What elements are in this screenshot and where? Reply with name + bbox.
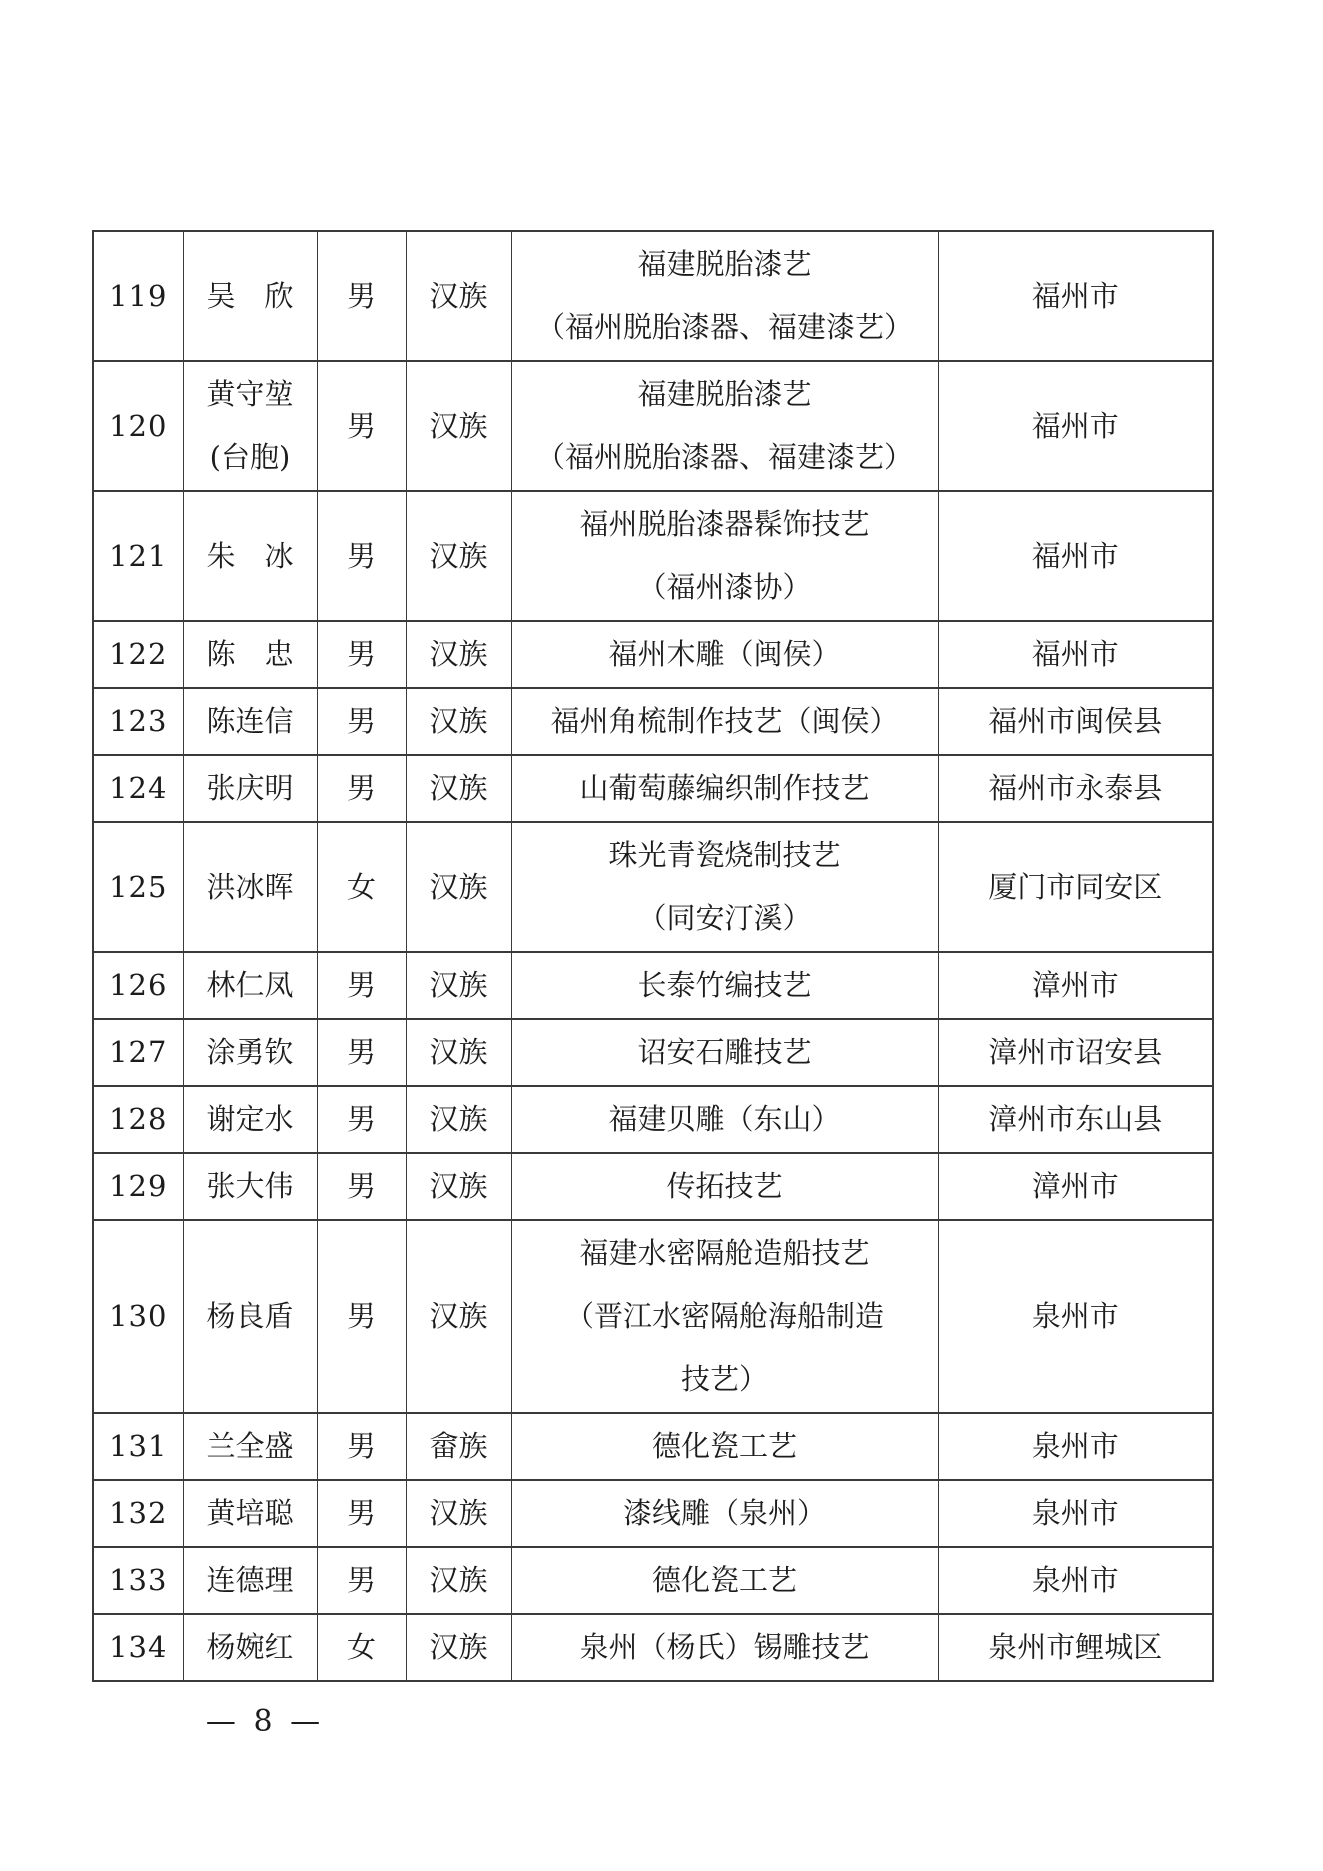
cell-region: 福州市 — [938, 491, 1213, 621]
table-row: 122 陈 忠 男 汉族 福州木雕（闽侯） 福州市 — [93, 621, 1213, 688]
cell-gender: 男 — [317, 1480, 406, 1547]
cell-person-name: 黄守堃 (台胞) — [183, 361, 317, 491]
cell-project-name: 德化瓷工艺 — [511, 1413, 938, 1480]
roster-table-body: 119 吴 欣 男 汉族 福建脱胎漆艺 （福州脱胎漆器、福建漆艺） 福州市 12… — [93, 231, 1213, 1681]
cell-ethnicity: 汉族 — [406, 952, 511, 1019]
cell-person-name: 吴 欣 — [183, 231, 317, 361]
cell-gender: 男 — [317, 1086, 406, 1153]
cell-ethnicity: 汉族 — [406, 621, 511, 688]
cell-ethnicity: 汉族 — [406, 1614, 511, 1681]
cell-ethnicity: 汉族 — [406, 755, 511, 822]
cell-ethnicity: 汉族 — [406, 1547, 511, 1614]
cell-person-name: 连德理 — [183, 1547, 317, 1614]
table-row: 125 洪冰晖 女 汉族 珠光青瓷烧制技艺 （同安汀溪） 厦门市同安区 — [93, 822, 1213, 952]
cell-serial-number: 122 — [93, 621, 183, 688]
table-row: 128 谢定水 男 汉族 福建贝雕（东山） 漳州市东山县 — [93, 1086, 1213, 1153]
cell-serial-number: 128 — [93, 1086, 183, 1153]
cell-project-name: 德化瓷工艺 — [511, 1547, 938, 1614]
table-row: 121 朱 冰 男 汉族 福州脱胎漆器髹饰技艺 （福州漆协） 福州市 — [93, 491, 1213, 621]
cell-person-name: 陈 忠 — [183, 621, 317, 688]
cell-project-name: 诏安石雕技艺 — [511, 1019, 938, 1086]
cell-gender: 男 — [317, 491, 406, 621]
cell-ethnicity: 汉族 — [406, 1019, 511, 1086]
cell-serial-number: 121 — [93, 491, 183, 621]
cell-serial-number: 134 — [93, 1614, 183, 1681]
cell-project-name: 长泰竹编技艺 — [511, 952, 938, 1019]
cell-ethnicity: 汉族 — [406, 688, 511, 755]
cell-project-name: 福建脱胎漆艺 （福州脱胎漆器、福建漆艺） — [511, 361, 938, 491]
cell-region: 福州市 — [938, 231, 1213, 361]
cell-serial-number: 130 — [93, 1220, 183, 1413]
cell-project-name: 福州角梳制作技艺（闽侯） — [511, 688, 938, 755]
cell-serial-number: 120 — [93, 361, 183, 491]
table-row: 124 张庆明 男 汉族 山葡萄藤编织制作技艺 福州市永泰县 — [93, 755, 1213, 822]
cell-region: 泉州市鲤城区 — [938, 1614, 1213, 1681]
cell-person-name: 陈连信 — [183, 688, 317, 755]
cell-project-name: 福州脱胎漆器髹饰技艺 （福州漆协） — [511, 491, 938, 621]
cell-person-name: 兰全盛 — [183, 1413, 317, 1480]
cell-region: 泉州市 — [938, 1547, 1213, 1614]
cell-serial-number: 119 — [93, 231, 183, 361]
cell-region: 漳州市诏安县 — [938, 1019, 1213, 1086]
cell-person-name: 朱 冰 — [183, 491, 317, 621]
cell-person-name: 杨良盾 — [183, 1220, 317, 1413]
cell-person-name: 张大伟 — [183, 1153, 317, 1220]
cell-gender: 男 — [317, 621, 406, 688]
cell-gender: 男 — [317, 952, 406, 1019]
cell-project-name: 泉州（杨氏）锡雕技艺 — [511, 1614, 938, 1681]
cell-serial-number: 129 — [93, 1153, 183, 1220]
cell-ethnicity: 汉族 — [406, 231, 511, 361]
table-row: 132 黄培聪 男 汉族 漆线雕（泉州） 泉州市 — [93, 1480, 1213, 1547]
cell-region: 厦门市同安区 — [938, 822, 1213, 952]
cell-gender: 男 — [317, 1413, 406, 1480]
cell-region: 漳州市 — [938, 952, 1213, 1019]
cell-region: 漳州市 — [938, 1153, 1213, 1220]
cell-ethnicity: 汉族 — [406, 1220, 511, 1413]
cell-person-name: 张庆明 — [183, 755, 317, 822]
page-number: — 8 — — [165, 1698, 365, 1746]
cell-project-name: 山葡萄藤编织制作技艺 — [511, 755, 938, 822]
cell-person-name: 涂勇钦 — [183, 1019, 317, 1086]
table-row: 133 连德理 男 汉族 德化瓷工艺 泉州市 — [93, 1547, 1213, 1614]
cell-ethnicity: 汉族 — [406, 1086, 511, 1153]
table-row: 129 张大伟 男 汉族 传拓技艺 漳州市 — [93, 1153, 1213, 1220]
cell-gender: 女 — [317, 1614, 406, 1681]
cell-gender: 男 — [317, 755, 406, 822]
cell-project-name: 福建脱胎漆艺 （福州脱胎漆器、福建漆艺） — [511, 231, 938, 361]
cell-person-name: 黄培聪 — [183, 1480, 317, 1547]
document-page: 119 吴 欣 男 汉族 福建脱胎漆艺 （福州脱胎漆器、福建漆艺） 福州市 12… — [0, 0, 1323, 1871]
cell-gender: 男 — [317, 361, 406, 491]
cell-region: 泉州市 — [938, 1480, 1213, 1547]
cell-serial-number: 131 — [93, 1413, 183, 1480]
cell-serial-number: 133 — [93, 1547, 183, 1614]
cell-region: 泉州市 — [938, 1413, 1213, 1480]
cell-ethnicity: 汉族 — [406, 491, 511, 621]
cell-project-name: 福州木雕（闽侯） — [511, 621, 938, 688]
cell-gender: 男 — [317, 1220, 406, 1413]
cell-gender: 女 — [317, 822, 406, 952]
table-row: 131 兰全盛 男 畲族 德化瓷工艺 泉州市 — [93, 1413, 1213, 1480]
cell-serial-number: 123 — [93, 688, 183, 755]
cell-project-name: 珠光青瓷烧制技艺 （同安汀溪） — [511, 822, 938, 952]
cell-gender: 男 — [317, 688, 406, 755]
cell-project-name: 福建贝雕（东山） — [511, 1086, 938, 1153]
cell-gender: 男 — [317, 1019, 406, 1086]
table-row: 120 黄守堃 (台胞) 男 汉族 福建脱胎漆艺 （福州脱胎漆器、福建漆艺） 福… — [93, 361, 1213, 491]
cell-gender: 男 — [317, 231, 406, 361]
cell-ethnicity: 汉族 — [406, 822, 511, 952]
cell-gender: 男 — [317, 1547, 406, 1614]
cell-gender: 男 — [317, 1153, 406, 1220]
cell-person-name: 谢定水 — [183, 1086, 317, 1153]
cell-serial-number: 125 — [93, 822, 183, 952]
table-row: 127 涂勇钦 男 汉族 诏安石雕技艺 漳州市诏安县 — [93, 1019, 1213, 1086]
table-row: 130 杨良盾 男 汉族 福建水密隔舱造船技艺 （晋江水密隔舱海船制造 技艺） … — [93, 1220, 1213, 1413]
cell-ethnicity: 汉族 — [406, 361, 511, 491]
cell-serial-number: 127 — [93, 1019, 183, 1086]
cell-region: 福州市永泰县 — [938, 755, 1213, 822]
cell-person-name: 林仁凤 — [183, 952, 317, 1019]
cell-serial-number: 126 — [93, 952, 183, 1019]
cell-ethnicity: 汉族 — [406, 1480, 511, 1547]
cell-region: 福州市闽侯县 — [938, 688, 1213, 755]
cell-project-name: 漆线雕（泉州） — [511, 1480, 938, 1547]
cell-region: 漳州市东山县 — [938, 1086, 1213, 1153]
cell-serial-number: 124 — [93, 755, 183, 822]
table-row: 126 林仁凤 男 汉族 长泰竹编技艺 漳州市 — [93, 952, 1213, 1019]
cell-ethnicity: 畲族 — [406, 1413, 511, 1480]
table-row: 123 陈连信 男 汉族 福州角梳制作技艺（闽侯） 福州市闽侯县 — [93, 688, 1213, 755]
cell-project-name: 传拓技艺 — [511, 1153, 938, 1220]
cell-region: 泉州市 — [938, 1220, 1213, 1413]
cell-person-name: 洪冰晖 — [183, 822, 317, 952]
cell-ethnicity: 汉族 — [406, 1153, 511, 1220]
cell-serial-number: 132 — [93, 1480, 183, 1547]
table-row: 134 杨婉红 女 汉族 泉州（杨氏）锡雕技艺 泉州市鲤城区 — [93, 1614, 1213, 1681]
cell-person-name: 杨婉红 — [183, 1614, 317, 1681]
cell-region: 福州市 — [938, 361, 1213, 491]
inheritor-roster-table: 119 吴 欣 男 汉族 福建脱胎漆艺 （福州脱胎漆器、福建漆艺） 福州市 12… — [92, 230, 1214, 1682]
table-row: 119 吴 欣 男 汉族 福建脱胎漆艺 （福州脱胎漆器、福建漆艺） 福州市 — [93, 231, 1213, 361]
cell-region: 福州市 — [938, 621, 1213, 688]
cell-project-name: 福建水密隔舱造船技艺 （晋江水密隔舱海船制造 技艺） — [511, 1220, 938, 1413]
